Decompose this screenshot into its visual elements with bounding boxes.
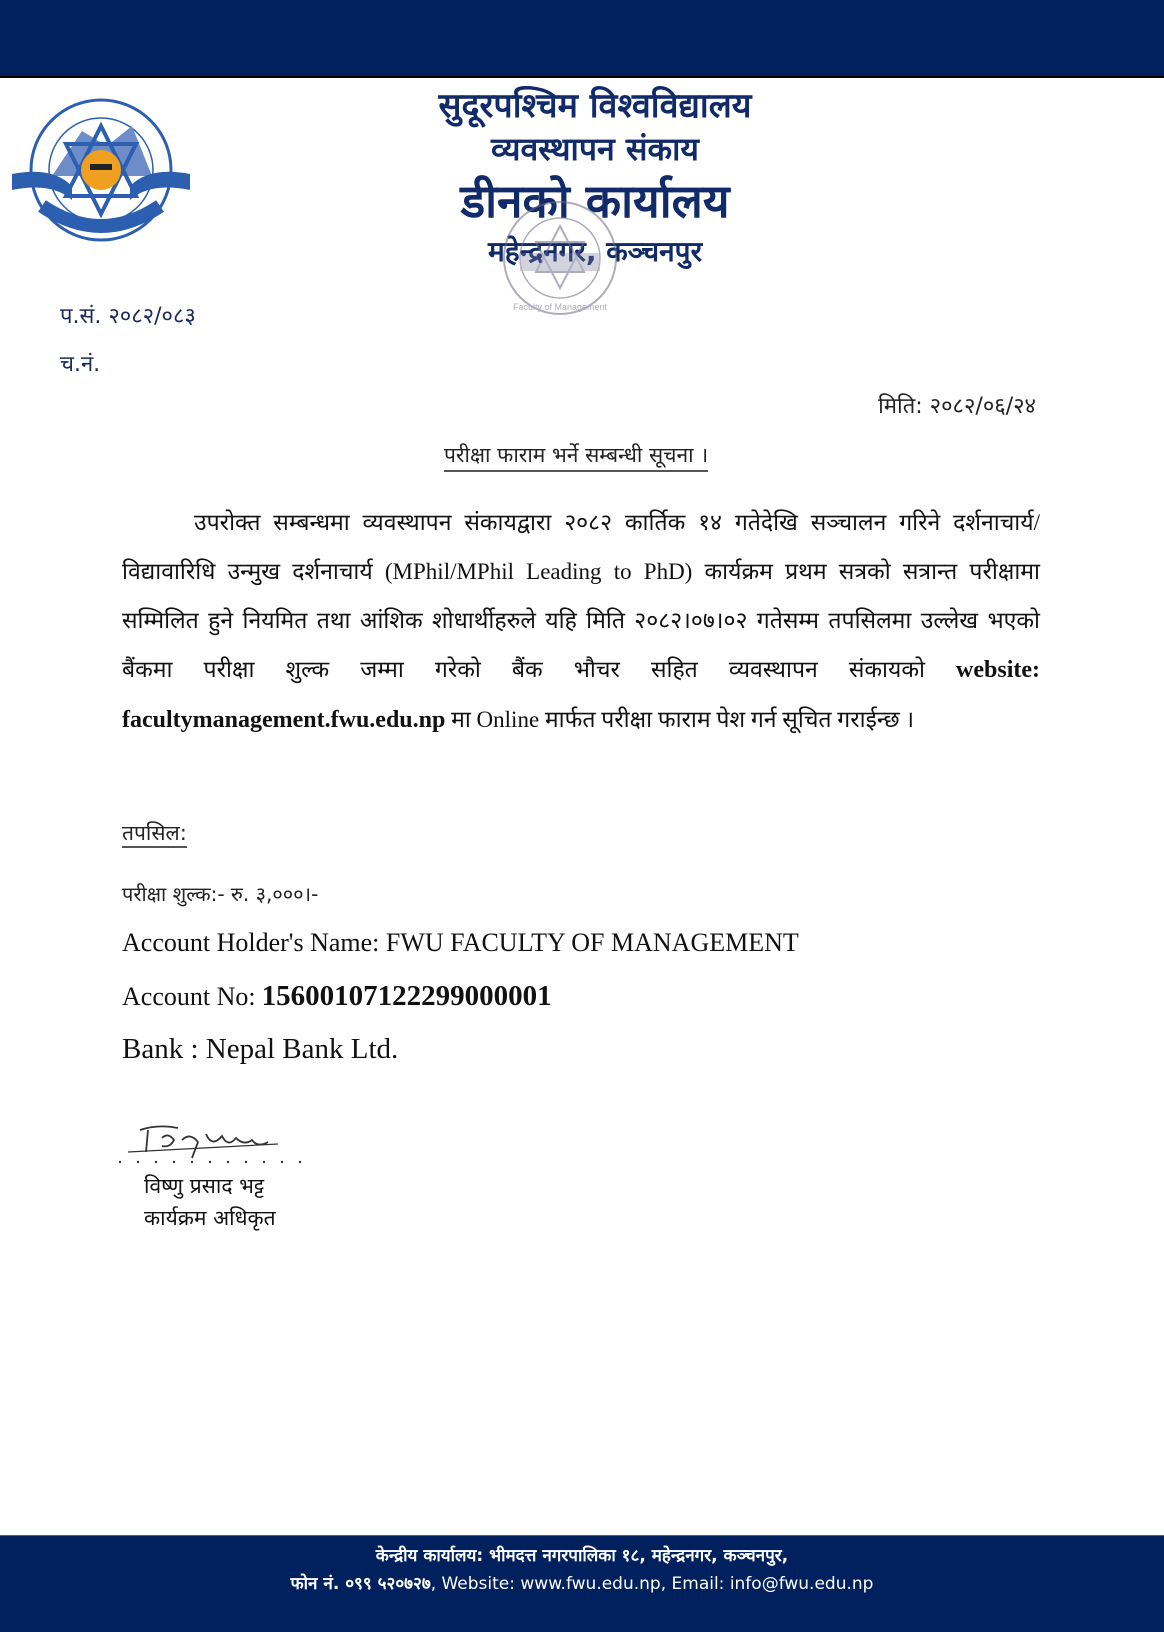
signatory-title: कार्यक्रम अधिकृत <box>144 1204 276 1232</box>
footer-contact-line: फोन नं. ०९९ ५२०७२७, Website: www.fwu.edu… <box>0 1570 1164 1598</box>
university-emblem-icon <box>12 96 190 252</box>
svg-text:Faculty of Management: Faculty of Management <box>513 302 608 312</box>
body-text-part2: मा Online मार्फत परीक्षा फाराम पेश गर्न … <box>451 707 914 732</box>
account-holder-name: Account Holder's Name: FWU FACULTY OF MA… <box>122 928 799 958</box>
dispatch-number: च.नं. <box>60 348 100 378</box>
bank-name: Bank : Nepal Bank Ltd. <box>122 1033 398 1066</box>
letter-date: मिति: २०८२/०६/२४ <box>878 390 1036 420</box>
university-name: सुदूरपश्चिम विश्वविद्यालय <box>360 84 830 128</box>
notice-body: उपरोक्त सम्बन्धमा व्यवस्थापन संकायद्वारा… <box>122 498 1040 745</box>
account-number: 15600107122299000001 <box>262 980 552 1012</box>
footer-address: केन्द्रीय कार्यालय: भीमदत्त नगरपालिका १८… <box>0 1542 1164 1570</box>
details-heading: तपसिल: <box>122 820 187 848</box>
account-number-row: Account No:15600107122299000001 <box>122 980 552 1013</box>
official-seal-icon: Faculty of Management <box>500 198 620 318</box>
signature-icon <box>118 1118 308 1168</box>
exam-fee: परीक्षा शुल्क:- रु. ३,०००।- <box>122 880 318 907</box>
signatory-name: विष्णु प्रसाद भट्ट <box>144 1172 264 1200</box>
footer-contact: केन्द्रीय कार्यालय: भीमदत्त नगरपालिका १८… <box>0 1542 1164 1598</box>
account-number-label: Account No: <box>122 982 256 1011</box>
header-band <box>0 0 1164 78</box>
footer-phone: फोन नं. ०९९ ५२०७२७ <box>291 1574 431 1594</box>
notice-subject: परीक्षा फाराम भर्ने सम्बन्धी सूचना । <box>444 442 708 472</box>
footer-web-email: , Website: www.fwu.edu.np, Email: info@f… <box>431 1574 874 1594</box>
letter-reference-number: प.सं. २०८२/०८३ <box>60 300 196 330</box>
faculty-name: व्यवस्थापन संकाय <box>360 128 830 170</box>
body-text-part1: उपरोक्त सम्बन्धमा व्यवस्थापन संकायद्वारा… <box>122 510 1040 682</box>
